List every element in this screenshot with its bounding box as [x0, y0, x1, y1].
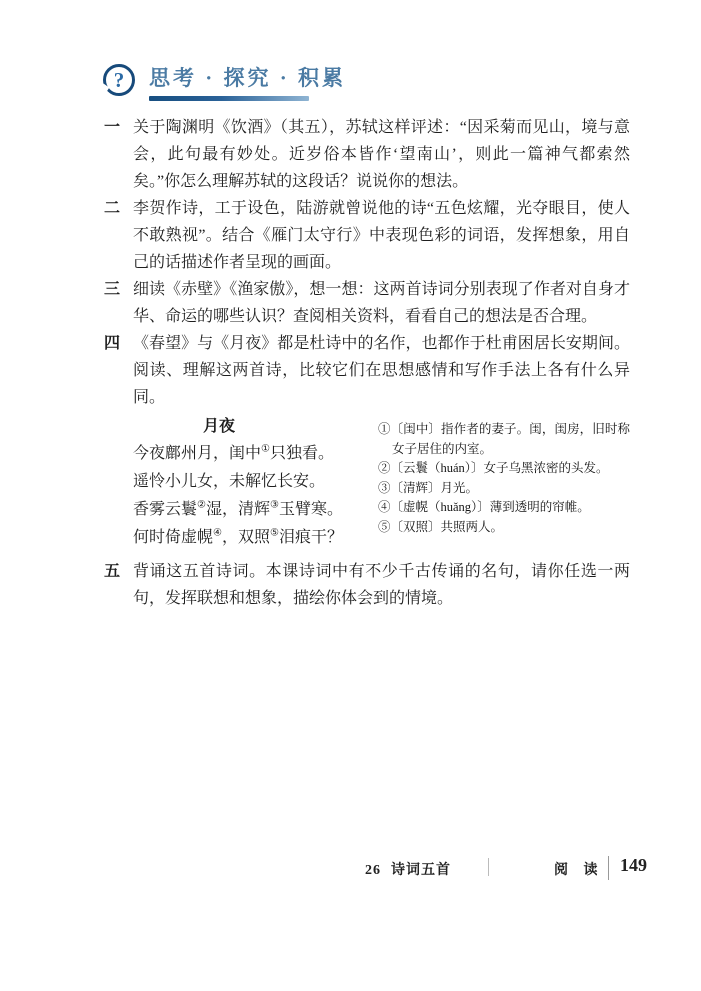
question-item-1: 一关于陶渊明《饮酒》（其五），苏轼这样评述：“因采菊而见山，境与意会，此句最有妙… [104, 114, 630, 195]
question-number: 二 [104, 195, 133, 222]
section-title: 思考 · 探究 · 积累 [149, 62, 346, 92]
textbook-page: ? 思考 · 探究 · 积累 一关于陶渊明《饮酒》（其五），苏轼这样评述：“因采… [0, 0, 701, 991]
section-header: ? 思考 · 探究 · 积累 [103, 62, 346, 101]
question-text: 细读《赤壁》《渔家傲》，想一想：这两首诗词分别表现了作者对自身才华、命运的哪些认… [133, 276, 630, 330]
question-item-2: 二李贺作诗，工于设色，陆游就曾说他的诗“五色炫耀，光夺眼目，使人不敢熟视”。结合… [104, 195, 630, 276]
annotation-item: ⑤〔双照〕共照两人。 [378, 518, 630, 538]
poem-line: 遥怜小儿女，未解忆长安。 [133, 468, 378, 496]
lesson-number: 26 [365, 863, 381, 878]
note-marker: ③ [270, 500, 279, 511]
poem-line: 何时倚虚幌④，双照⑤泪痕干？ [133, 524, 378, 552]
question-number: 一 [104, 114, 133, 141]
question-mark-icon: ? [103, 64, 135, 96]
footer-divider-1 [488, 858, 489, 876]
question-text: 李贺作诗，工于设色，陆游就曾说他的诗“五色炫耀，光夺眼目，使人不敢熟视”。结合《… [133, 195, 630, 276]
question-number: 四 [104, 330, 133, 357]
annotation-item: ④〔虚幌（huǎng）〕薄到透明的帘帷。 [378, 498, 630, 518]
poem-annotations: ①〔闺中〕指作者的妻子。闺，闺房，旧时称女子居住的内室。②〔云鬟（huán）〕女… [378, 413, 630, 552]
page-footer: 26诗词五首 阅 读 149 [0, 856, 701, 882]
note-marker: ④ [213, 528, 222, 539]
question-text: 关于陶渊明《饮酒》（其五），苏轼这样评述：“因采菊而见山，境与意会，此句最有妙处… [133, 114, 630, 195]
poem-title: 月夜 [133, 413, 378, 440]
note-marker: ② [197, 500, 206, 511]
annotation-item: ①〔闺中〕指作者的妻子。闺，闺房，旧时称女子居住的内室。 [378, 420, 630, 459]
question-item-3: 三细读《赤壁》《渔家傲》，想一想：这两首诗词分别表现了作者对自身才华、命运的哪些… [104, 276, 630, 330]
lesson-title: 诗词五首 [391, 863, 451, 878]
note-marker: ① [261, 444, 270, 455]
question-item-4: 四《春望》与《月夜》都是杜诗中的名作，也都作于杜甫困居长安期间。阅读、理解这两首… [104, 330, 630, 411]
poem-yueye: 月夜 今夜鄜州月，闺中①只独看。遥怜小儿女，未解忆长安。香雾云鬟②湿，清辉③玉臂… [133, 413, 378, 552]
annotation-item: ②〔云鬟（huán）〕女子乌黑浓密的头发。 [378, 459, 630, 479]
footer-section-label: 阅 读 [554, 859, 604, 879]
exercise-content: 一关于陶渊明《饮酒》（其五），苏轼这样评述：“因采菊而见山，境与意会，此句最有妙… [104, 114, 630, 612]
page-number: 149 [620, 855, 647, 876]
poem-line: 今夜鄜州月，闺中①只独看。 [133, 440, 378, 468]
footer-lesson: 26诗词五首 [365, 859, 451, 879]
poem-section: 月夜 今夜鄜州月，闺中①只独看。遥怜小儿女，未解忆长安。香雾云鬟②湿，清辉③玉臂… [104, 413, 630, 552]
section-title-wrap: 思考 · 探究 · 积累 [149, 62, 346, 101]
annotation-item: ③〔清辉〕月光。 [378, 479, 630, 499]
question-list: 一关于陶渊明《饮酒》（其五），苏轼这样评述：“因采菊而见山，境与意会，此句最有妙… [104, 114, 630, 411]
note-marker: ⑤ [270, 528, 279, 539]
question-text: 《春望》与《月夜》都是杜诗中的名作，也都作于杜甫困居长安期间。阅读、理解这两首诗… [133, 330, 630, 411]
poem-lines: 今夜鄜州月，闺中①只独看。遥怜小儿女，未解忆长安。香雾云鬟②湿，清辉③玉臂寒。何… [133, 440, 378, 552]
question-text: 背诵这五首诗词。本课诗词中有不少千古传诵的名句，请你任选一两句，发挥联想和想象，… [133, 558, 630, 612]
question-number: 五 [104, 558, 133, 585]
question-number: 三 [104, 276, 133, 303]
title-underline-bar [149, 96, 309, 101]
poem-line: 香雾云鬟②湿，清辉③玉臂寒。 [133, 496, 378, 524]
question-item-5: 五 背诵这五首诗词。本课诗词中有不少千古传诵的名句，请你任选一两句，发挥联想和想… [104, 558, 630, 612]
footer-divider-2 [608, 856, 609, 880]
